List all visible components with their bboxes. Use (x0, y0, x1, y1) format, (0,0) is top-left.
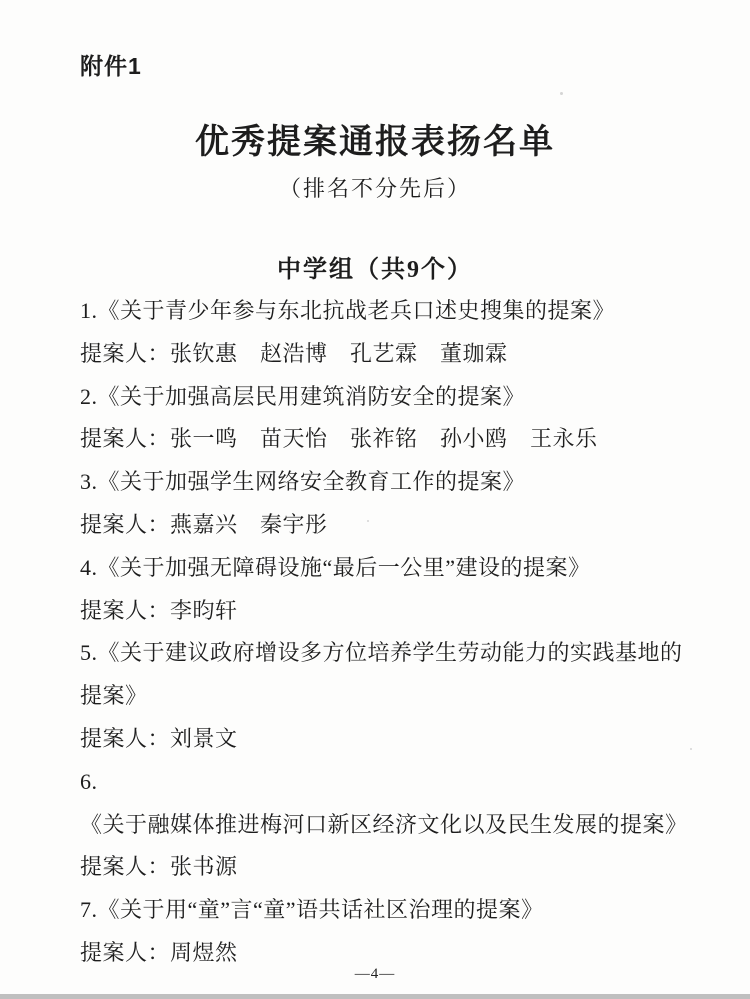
proposers-names: 张一鸣 苗天怡 张祚铭 孙小鸥 王永乐 (170, 426, 598, 451)
proposal-title-text: 《关于加强高层民用建筑消防安全的提案》 (98, 384, 526, 409)
proposal-item: 4.《关于加强无障碍设施“最后一公里”建设的提案》 提案人：李昀轩 (80, 547, 696, 633)
proposers-names: 张书源 (170, 854, 238, 879)
proposers-names: 张钦惠 赵浩博 孔艺霖 董珈霖 (170, 341, 508, 366)
proposal-title: 1.《关于青少年参与东北抗战老兵口述史搜集的提案》 (80, 290, 696, 333)
scan-speck (690, 748, 692, 750)
proposers-label: 提案人： (80, 726, 170, 751)
proposal-title: 7.《关于用“童”言“童”语共话社区治理的提案》 (80, 889, 696, 932)
proposers-names: 周煜然 (170, 940, 238, 965)
proposal-number: 1. (80, 298, 98, 323)
proposers-label: 提案人： (80, 426, 170, 451)
attachment-label: 附件1 (80, 48, 142, 81)
proposal-list: 1.《关于青少年参与东北抗战老兵口述史搜集的提案》 提案人：张钦惠 赵浩博 孔艺… (80, 290, 696, 975)
proposal-title-text: 《关于建议政府增设多方位培养学生劳动能力的实践基地的提案》 (80, 640, 683, 708)
proposal-number: 7. (80, 897, 98, 922)
proposal-number: 4. (80, 555, 98, 580)
proposal-item: 3.《关于加强学生网络安全教育工作的提案》 提案人：燕嘉兴 秦宇彤 (80, 461, 696, 547)
proposal-item: 1.《关于青少年参与东北抗战老兵口述史搜集的提案》 提案人：张钦惠 赵浩博 孔艺… (80, 290, 696, 376)
proposers-names: 刘景文 (170, 726, 238, 751)
proposal-item: 7.《关于用“童”言“童”语共话社区治理的提案》 提案人：周煜然 (80, 889, 696, 975)
proposal-number: 2. (80, 384, 98, 409)
proposers-label: 提案人： (80, 854, 170, 879)
proposers-line: 提案人：张书源 (80, 846, 696, 889)
proposers-label: 提案人： (80, 598, 170, 623)
proposal-item: 2.《关于加强高层民用建筑消防安全的提案》 提案人：张一鸣 苗天怡 张祚铭 孙小… (80, 376, 696, 462)
page-title: 优秀提案通报表扬名单 (0, 114, 750, 163)
proposal-title: 2.《关于加强高层民用建筑消防安全的提案》 (80, 376, 696, 419)
proposal-number: 6. (80, 769, 98, 794)
proposal-title-text: 《关于加强无障碍设施“最后一公里”建设的提案》 (98, 555, 591, 580)
proposal-title: 6.《关于融媒体推进梅河口新区经济文化以及民生发展的提案》 (80, 761, 696, 847)
proposers-line: 提案人：刘景文 (80, 718, 696, 761)
proposal-title-text: 《关于融媒体推进梅河口新区经济文化以及民生发展的提案》 (80, 812, 688, 837)
proposers-label: 提案人： (80, 940, 170, 965)
scan-speck (560, 92, 563, 95)
proposal-number: 3. (80, 469, 98, 494)
page-subtitle: （排名不分先后） (0, 172, 750, 203)
section-heading: 中学组（共9个） (0, 249, 750, 284)
proposal-title: 5.《关于建议政府增设多方位培养学生劳动能力的实践基地的提案》 (80, 632, 696, 718)
proposal-title: 3.《关于加强学生网络安全教育工作的提案》 (80, 461, 696, 504)
proposal-title-text: 《关于青少年参与东北抗战老兵口述史搜集的提案》 (98, 298, 616, 323)
proposers-label: 提案人： (80, 512, 170, 537)
proposers-names: 燕嘉兴 秦宇彤 (170, 512, 328, 537)
proposal-number: 5. (80, 640, 98, 665)
proposers-label: 提案人： (80, 341, 170, 366)
proposal-title-text: 《关于加强学生网络安全教育工作的提案》 (98, 469, 526, 494)
proposers-names: 李昀轩 (170, 598, 238, 623)
proposers-line: 提案人：燕嘉兴 秦宇彤 (80, 504, 696, 547)
proposal-item: 5.《关于建议政府增设多方位培养学生劳动能力的实践基地的提案》 提案人：刘景文 (80, 632, 696, 760)
proposers-line: 提案人：张钦惠 赵浩博 孔艺霖 董珈霖 (80, 333, 696, 376)
proposal-title: 4.《关于加强无障碍设施“最后一公里”建设的提案》 (80, 547, 696, 590)
proposers-line: 提案人：张一鸣 苗天怡 张祚铭 孙小鸥 王永乐 (80, 418, 696, 461)
page-number: —4— (0, 966, 750, 983)
proposal-item: 6.《关于融媒体推进梅河口新区经济文化以及民生发展的提案》 提案人：张书源 (80, 761, 696, 889)
proposal-title-text: 《关于用“童”言“童”语共话社区治理的提案》 (98, 897, 544, 922)
scan-edge-band (0, 994, 750, 999)
scan-speck (367, 520, 369, 522)
proposers-line: 提案人：李昀轩 (80, 590, 696, 633)
document-page: 附件1 优秀提案通报表扬名单 （排名不分先后） 中学组（共9个） 1.《关于青少… (0, 0, 750, 999)
